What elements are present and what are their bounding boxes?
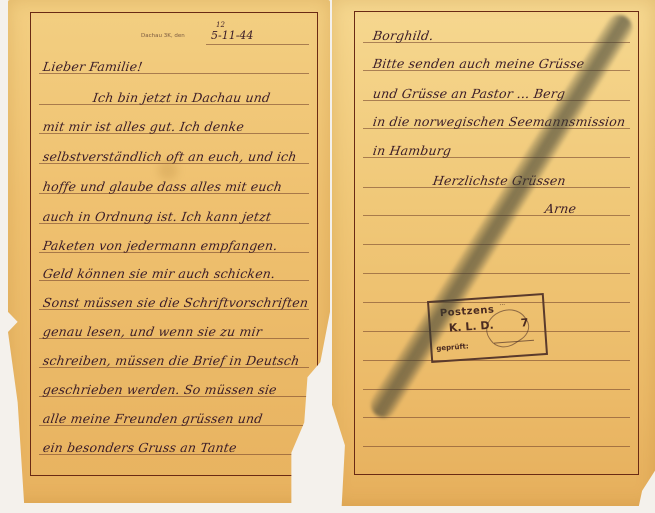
left-page-border: Dachau 3K, den 12 5-11-44 Lieber Familie… [30,12,318,476]
printed-header: Dachau 3K, den [141,33,185,39]
letter-line: mit mir ist alles gut. Ich denke [42,119,308,134]
letter-line: Sonst müssen sie die Schriftvorschriften [42,295,308,310]
paper-stain [158,160,178,180]
stamp-checked-label: geprüft: [436,342,469,352]
letter-line: genau lesen, und wenn sie zu mir [42,324,308,339]
letter-line: geschrieben werden. So müssen sie [42,382,308,397]
right-letter-page: Borghild. Bitte senden auch meine Grüsse… [332,0,655,506]
stamp-title-suffix: ... [499,300,505,307]
letter-line: in die norwegischen Seemannsmission [372,114,629,129]
letter-signature: Arne [544,201,629,216]
letter-line: ein besonders Gruss an Tante [42,440,308,455]
left-letter-page: Dachau 3K, den 12 5-11-44 Lieber Familie… [8,0,330,503]
ruled-line [363,417,630,418]
letter-line: Lieber Familie! [42,59,308,74]
letter-date: 5-11-44 [211,29,253,42]
date-rule [206,44,309,45]
letter-line: alle meine Freunden grüssen und [42,411,308,426]
ruled-line [363,446,630,447]
letter-line: Paketen von jedermann empfangen. [42,238,308,253]
letter-line: in Hamburg [372,143,629,158]
letter-line: Borghild. [372,28,629,43]
letter-line: schreiben, müssen die Brief in Deutsch [42,353,308,368]
letter-line: auch in Ordnung ist. Ich kann jetzt [42,209,308,224]
letter-line: selbstverständlich oft an euch, und ich [42,149,308,164]
letter-line: hoffe und glaube dass alles mit euch [42,179,308,194]
letter-line: Geld können sie mir auch schicken. [42,266,308,281]
letter-line: Ich bin jetzt in Dachau und [92,90,308,105]
ruled-line [363,273,630,274]
date-superscript: 12 [216,21,225,29]
